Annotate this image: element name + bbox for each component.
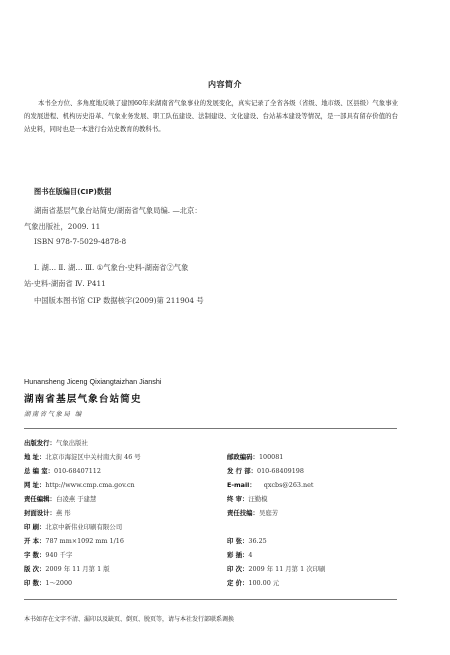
info-row: 地 址：北京市海淀区中关村南大街 46 号 <box>24 450 224 464</box>
cip-line: 气象出版社，2009. 11 <box>24 222 100 232</box>
info-row: 定 价：100.00 元 <box>227 576 407 590</box>
info-value: 白凌燕 于建慧 <box>56 492 96 506</box>
info-label: 总 编 室： <box>24 464 54 478</box>
cip-title: 图书在版编目(CIP)数据 <box>34 187 111 197</box>
info-value: 气象出版社 <box>56 436 88 450</box>
info-row: 邮政编码：100081 <box>227 450 407 464</box>
info-value: 北京市海淀区中关村南大街 46 号 <box>45 450 140 464</box>
cip-line: Ⅰ. 湖… Ⅱ. 湖… Ⅲ. ①气象台-史料-湖南省②气象 <box>34 263 188 273</box>
info-value: 2009 年 11 月第 1 次印刷 <box>248 562 325 576</box>
info-row: 版 次：2009 年 11 月第 1 版 <box>24 562 224 576</box>
cip-line: 中国版本图书馆 CIP 数据核字(2009)第 211904 号 <box>34 296 204 306</box>
publication-info-right: 邮政编码：100081 发 行 部：010-68409198 E-mail：qx… <box>227 450 407 590</box>
info-row: 印 数：1～2000 <box>24 576 224 590</box>
info-row: 封面设计：燕 彤 <box>24 506 224 520</box>
info-label: 版 次： <box>24 562 45 576</box>
info-row: 印 刷：北京中新伟业印刷有限公司 <box>24 520 224 534</box>
info-label: 印 次： <box>227 562 248 576</box>
info-label: 印 刷： <box>24 520 45 534</box>
info-value: 36.25 <box>248 534 266 548</box>
info-label: 字 数： <box>24 548 45 562</box>
info-value: 北京中新伟业印刷有限公司 <box>45 520 122 534</box>
info-label: 彩 插： <box>227 548 248 562</box>
cip-line: 站-史料-湖南省 Ⅳ. P411 <box>24 279 106 289</box>
info-label: 出版发行： <box>24 436 56 450</box>
book-editor: 湖南省气象局 编 <box>24 409 83 418</box>
summary-title: 内容简介 <box>0 79 450 90</box>
info-value: qxcbs@263.net <box>264 478 314 492</box>
info-row: 字 数：940 千字 <box>24 548 224 562</box>
cip-line: 湖南省基层气象台站简史/湖南省气象局编. —北京： <box>34 206 202 216</box>
summary-body: 本书全方位、多角度地反映了建国60年来湖南省气象事业的发展变化，真实记录了全省各… <box>24 97 398 135</box>
info-row: 责任技编：吴庭芳 <box>227 506 407 520</box>
info-row: 彩 插：4 <box>227 548 407 562</box>
info-label: 终 审： <box>227 492 248 506</box>
info-value: 4 <box>248 548 252 562</box>
pinyin-title: Hunansheng Jiceng Qixiangtaizhan Jianshi <box>24 377 161 386</box>
info-label: 印 数： <box>24 576 45 590</box>
info-value: http://www.cmp.cma.gov.cn <box>45 478 134 492</box>
info-row: 总 编 室：010-68407112 <box>24 464 224 478</box>
info-label: 发 行 部： <box>227 464 257 478</box>
info-value: 940 千字 <box>45 548 72 562</box>
info-value: 100081 <box>259 450 283 464</box>
info-row: 出版发行：气象出版社 <box>24 436 224 450</box>
cip-line: ISBN 978-7-5029-4878-8 <box>34 237 126 246</box>
info-label: 责任技编： <box>227 506 259 520</box>
info-value: 010-68407112 <box>54 464 101 478</box>
info-row: 网 址：http://www.cmp.cma.gov.cn <box>24 478 224 492</box>
info-value: 787 mm×1092 mm 1/16 <box>45 534 124 548</box>
info-label: E-mail： <box>227 478 256 492</box>
info-value: 100.00 元 <box>248 576 279 590</box>
info-label: 网 址： <box>24 478 45 492</box>
info-row: 印 次：2009 年 11 月第 1 次印刷 <box>227 562 407 576</box>
book-title: 湖南省基层气象台站简史 <box>24 391 142 405</box>
info-label: 定 价： <box>227 576 248 590</box>
info-label: 印 张： <box>227 534 248 548</box>
info-label: 封面设计： <box>24 506 56 520</box>
info-row: 终 审：汪勤模 <box>227 492 407 506</box>
info-row: 印 张：36.25 <box>227 534 407 548</box>
info-value: 燕 彤 <box>56 506 71 520</box>
divider-top <box>24 428 397 429</box>
info-label: 责任编辑： <box>24 492 56 506</box>
info-value: 吴庭芳 <box>259 506 278 520</box>
info-row: E-mail：qxcbs@263.net <box>227 478 407 492</box>
info-label: 开 本： <box>24 534 45 548</box>
info-row: 开 本：787 mm×1092 mm 1/16 <box>24 534 224 548</box>
info-row: 发 行 部：010-68409198 <box>227 464 407 478</box>
divider-bottom <box>24 599 397 600</box>
info-value: 汪勤模 <box>248 492 267 506</box>
info-value: 1～2000 <box>45 576 72 590</box>
info-row: 责任编辑：白凌燕 于建慧 <box>24 492 224 506</box>
info-value: 2009 年 11 月第 1 版 <box>45 562 109 576</box>
info-value: 010-68409198 <box>257 464 304 478</box>
footer-note: 本书如存在文字不清、漏印以及缺页、倒页、脱页等，请与本社发行部联系调换 <box>24 614 234 623</box>
info-label: 邮政编码： <box>227 450 259 464</box>
publication-info-left: 出版发行：气象出版社 地 址：北京市海淀区中关村南大街 46 号 总 编 室：0… <box>24 436 224 590</box>
info-label: 地 址： <box>24 450 45 464</box>
